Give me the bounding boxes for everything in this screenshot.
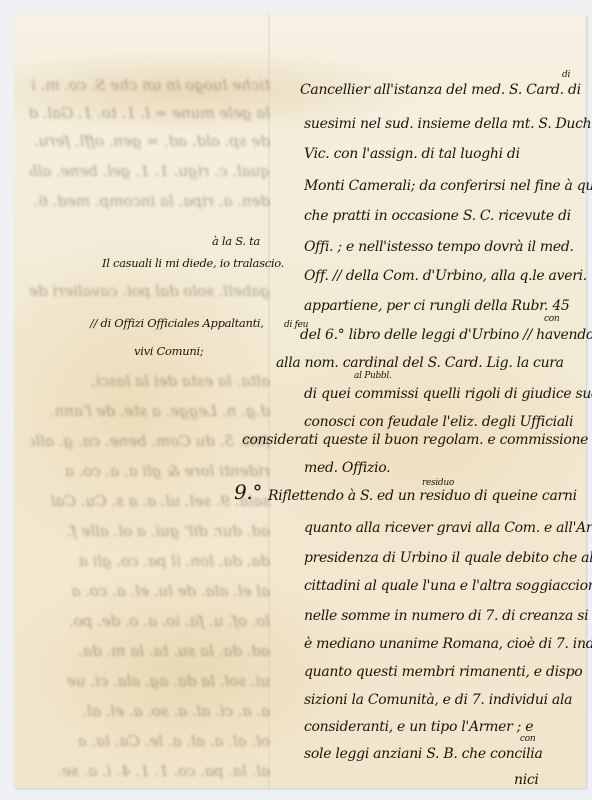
show-through-line: al. la. pa. co. 1. 1. 4. i. a. se. — [30, 762, 270, 780]
text-line: consideranti, e un tipo l'Armer ; e — [304, 719, 533, 735]
text-line: alla nom. cardinal del S. Card. Lig. la … — [276, 355, 564, 371]
text-line: Riflettendo à S. ed un residuo di queine… — [268, 488, 577, 504]
show-through-line: al el. ala. de lu. el. a. co. a — [30, 582, 270, 600]
show-through-line: d.g. n. Legge. a ste. de l'ann. — [30, 402, 270, 420]
show-through-line: da. da. lon. il pa. co. gli a — [30, 552, 270, 570]
show-through-line: lo. of. u. fa. io. a. o. de. po. — [30, 612, 270, 630]
interlinear-addition: di feu — [284, 320, 308, 330]
text-line: nelle somme in numero di 7. di creanza s… — [304, 608, 592, 624]
section-number: 9.° — [234, 480, 262, 504]
marginal-note: à la S. ta — [212, 234, 260, 248]
text-line: suesimi nel sud. insieme della mt. S. Du… — [304, 116, 592, 132]
show-through-line: qual. c. rigu. 1. 1. gel. bene. alla — [30, 162, 270, 180]
show-through-line: gabell. solo dal poi. cavalieri del — [30, 282, 270, 300]
interlinear-addition: con — [544, 314, 559, 324]
show-through-line: alta. la esta dei la lasci, — [30, 372, 270, 390]
manuscript-page: tiche luogo in un che S. co. m. it. giù … — [14, 14, 586, 788]
show-through-line: ad. dur. dil' gui. a ol. alle f. — [30, 522, 270, 540]
text-line: Vic. con l'assign. di tal luoghi di — [304, 146, 520, 162]
text-line: presidenza di Urbino il quale debito che… — [304, 550, 592, 566]
show-through-line: a. a. ci. al. a. so. a. el. al. — [30, 702, 270, 720]
text-line: med. Offizio. — [304, 460, 390, 476]
show-through-line: ad. da. la su. ta. la m. da. — [30, 642, 270, 660]
text-line: sole leggi anziani S. B. che concilia — [304, 746, 543, 762]
show-through-line: ui. sol. la da. ag. ala. ci. ue — [30, 672, 270, 690]
marginal-note: Il casuali li mi diede, io tralascio. — [102, 256, 284, 270]
show-through-line: den. a. ripa. la incomp. med. 6. li — [30, 192, 270, 210]
show-through-line: la gele mune = l. 1. to. 1. Gal. da Cop — [30, 104, 270, 122]
text-line: Offi. ; e nell'istesso tempo dovrà il me… — [304, 239, 574, 255]
text-line: quanto alla ricever gravi alla Com. e al… — [304, 520, 592, 536]
show-through-line: de sp. ald. ad. = gen. offi. feru. — [30, 132, 270, 150]
text-line: Off. // della Com. d'Urbino, alla q.le a… — [304, 268, 587, 284]
show-through-line: tiche luogo in un che S. co. m. it. giù — [30, 76, 270, 94]
show-through-line: ridenti lore & gli a. a. co. a — [30, 462, 270, 480]
interlinear-addition: con — [520, 734, 535, 744]
text-line: considerati queste il buon regolam. e co… — [242, 432, 592, 448]
text-line: conosci con feudale l'eliz. degli Uffici… — [304, 414, 573, 430]
marginal-note: // di Offizi Officiales Appaltanti, — [90, 316, 264, 330]
interlinear-addition: residuo — [422, 478, 454, 488]
text-line: del 6.° libro delle leggi d'Urbino // ha… — [300, 327, 592, 343]
marginal-note: vivi Comuni; — [134, 344, 203, 358]
text-line: Cancellier all'istanza del med. S. Card.… — [300, 82, 581, 98]
text-line: che pratti in occasione S. C. ricevute d… — [304, 208, 571, 224]
text-line: appartiene, per ci rungli della Rubr. 45 — [304, 298, 570, 314]
text-line: di quei commissi quelli rigoli di giudic… — [304, 386, 592, 402]
text-line: Monti Camerali; da conferirsi nel fine à… — [304, 178, 592, 194]
text-line: quanto questi membri rimanenti, e dispo — [304, 664, 582, 680]
show-through-line: fatt. 5. du Com. bene. ca. g. alla — [30, 432, 270, 450]
text-line: è mediano unanime Romana, cioè di 7. ind… — [304, 636, 592, 652]
interlinear-addition: di — [562, 70, 570, 80]
interlinear-addition: al Pubbl. — [354, 371, 392, 381]
show-through-line: ol. al. a. al. a. le. Ca. la. a — [30, 732, 270, 750]
text-line: nici — [514, 772, 539, 788]
text-line: sizioni la Comunità, e di 7. individui a… — [304, 692, 572, 708]
text-line: cittadini al quale l'una e l'altra soggi… — [304, 578, 592, 594]
